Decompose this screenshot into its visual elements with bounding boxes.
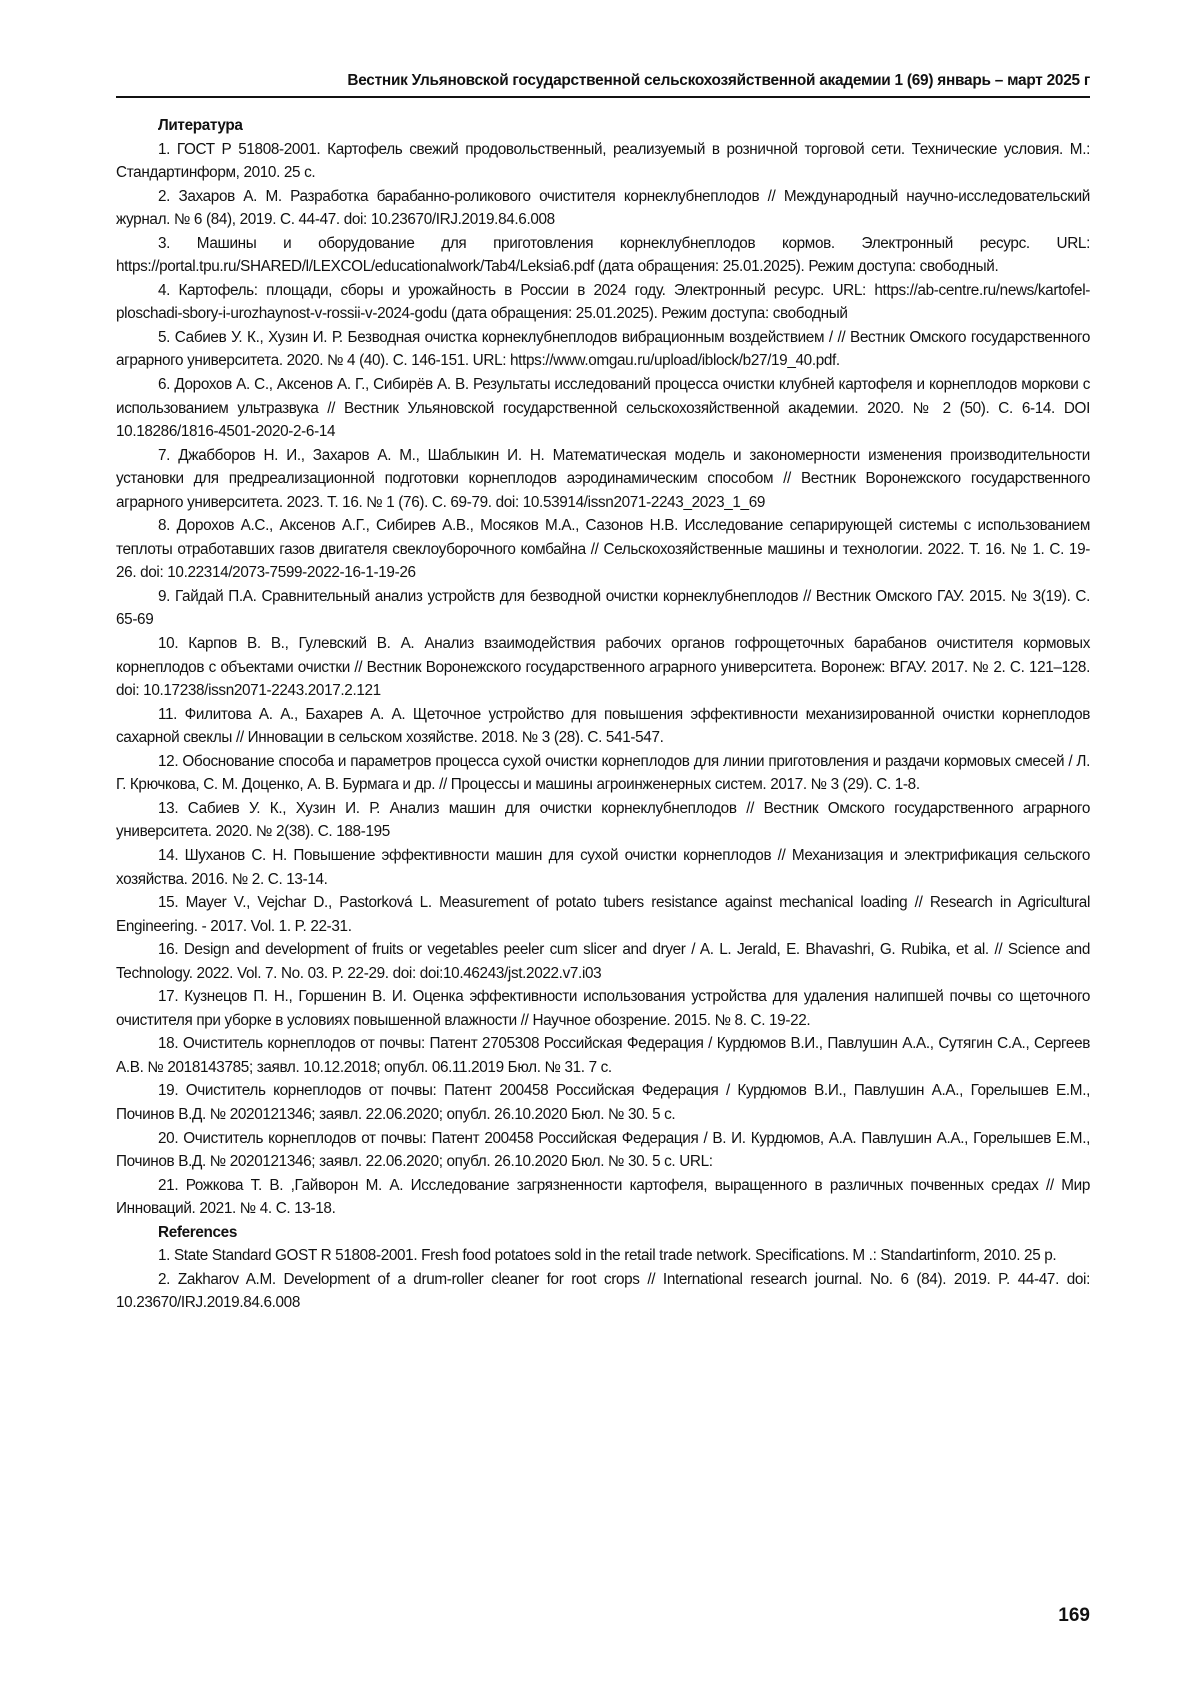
reference-item: 4. Картофель: площади, сборы и урожайнос…	[116, 279, 1090, 326]
reference-item: 15. Mayer V., Vejchar D., Pastorková L. …	[116, 891, 1090, 938]
reference-item: 10. Карпов В. В., Гулевский В. А. Анализ…	[116, 632, 1090, 703]
reference-item: 19. Очиститель корнеплодов от почвы: Пат…	[116, 1079, 1090, 1126]
reference-item: 2. Zakharov A.M. Development of a drum-r…	[116, 1268, 1090, 1315]
reference-item: 9. Гайдай П.А. Сравнительный анализ устр…	[116, 585, 1090, 632]
reference-item: 11. Филитова А. А., Бахарев А. А. Щеточн…	[116, 703, 1090, 750]
reference-item: 17. Кузнецов П. Н., Горшенин В. И. Оценк…	[116, 985, 1090, 1032]
references-heading: References	[116, 1221, 1090, 1245]
reference-item: 1. ГОСТ Р 51808-2001. Картофель свежий п…	[116, 138, 1090, 185]
reference-item: 5. Сабиев У. К., Хузин И. Р. Безводная о…	[116, 326, 1090, 373]
reference-item: 16. Design and development of fruits or …	[116, 938, 1090, 985]
running-head: Вестник Ульяновской государственной сель…	[116, 72, 1090, 90]
reference-item: 8. Дорохов А.С., Аксенов А.Г., Сибирев А…	[116, 514, 1090, 585]
reference-item: 20. Очиститель корнеплодов от почвы: Пат…	[116, 1127, 1090, 1174]
reference-item: 2. Захаров А. М. Разработка барабанно-ро…	[116, 185, 1090, 232]
reference-item: 13. Сабиев У. К., Хузин И. Р. Анализ маш…	[116, 797, 1090, 844]
reference-item: 18. Очиститель корнеплодов от почвы: Пат…	[116, 1032, 1090, 1079]
literature-list: 1. ГОСТ Р 51808-2001. Картофель свежий п…	[116, 138, 1090, 1221]
content: Литература 1. ГОСТ Р 51808-2001. Картофе…	[116, 114, 1090, 1315]
reference-item: 3. Машины и оборудование для приготовлен…	[116, 232, 1090, 279]
reference-item: 7. Джабборов Н. И., Захаров А. М., Шаблы…	[116, 444, 1090, 515]
reference-item: 1. State Standard GOST R 51808-2001. Fre…	[116, 1244, 1090, 1268]
reference-item: 12. Обоснование способа и параметров про…	[116, 750, 1090, 797]
reference-item: 6. Дорохов А. С., Аксенов А. Г., Сибирёв…	[116, 373, 1090, 444]
literature-heading: Литература	[116, 114, 1090, 138]
reference-item: 21. Рожкова Т. В. ,Гайворон М. А. Исслед…	[116, 1174, 1090, 1221]
header-rule	[116, 96, 1090, 98]
references-list: 1. State Standard GOST R 51808-2001. Fre…	[116, 1244, 1090, 1315]
page-number: 169	[116, 1605, 1090, 1627]
reference-item: 14. Шуханов С. Н. Повышение эффективност…	[116, 844, 1090, 891]
